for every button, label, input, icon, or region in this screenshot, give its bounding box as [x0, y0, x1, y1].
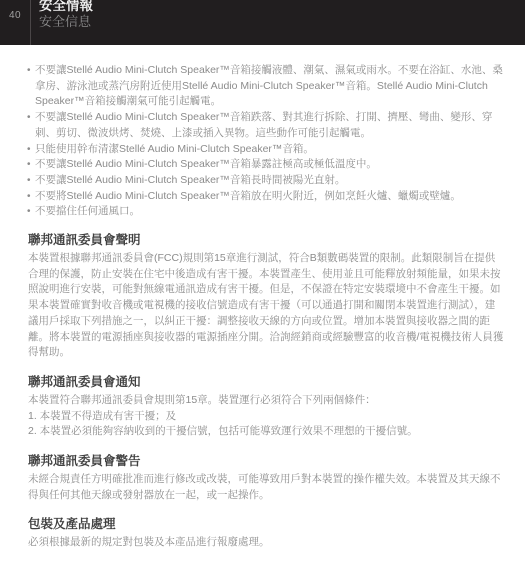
section-fcc-statement: 聯邦通訊委員會聲明 本裝置根據聯邦通訊委員會(FCC)規則第15章進行測試，符合… [28, 233, 505, 361]
safety-bullet-item: • 不要將Stellé Audio Mini-Clutch Speaker™音箱… [28, 189, 505, 205]
section-body: 本裝置根據聯邦通訊委員會(FCC)規則第15章進行測試，符合B類數碼裝置的限制。… [28, 251, 505, 361]
section-heading: 包裝及產品處理 [28, 517, 505, 532]
bullet-icon: • [27, 173, 31, 189]
bullet-icon: • [27, 157, 31, 173]
safety-bullet-text: 不要將Stellé Audio Mini-Clutch Speaker™音箱放在… [35, 190, 461, 202]
safety-bullet-text: 不要讓Stellé Audio Mini-Clutch Speaker™音箱暴露… [35, 158, 377, 170]
page-content: • 不要讓Stellé Audio Mini-Clutch Speaker™音箱… [0, 45, 525, 551]
page-title: 安全情報 [39, 0, 93, 14]
bullet-icon: • [27, 63, 31, 79]
section-fcc-notice: 聯邦通訊委員會通知 本裝置符合聯邦通訊委員會規則第15章。裝置運行必須符合下列兩… [28, 375, 505, 440]
bullet-icon: • [27, 110, 31, 126]
section-body: 必須根據最新的規定對包裝及本產品進行報廢處理。 [28, 535, 505, 551]
safety-bullet-text: 不要讓Stellé Audio Mini-Clutch Speaker™音箱接觸… [35, 64, 503, 107]
safety-bullet-text: 不要讓Stellé Audio Mini-Clutch Speaker™音箱跌落… [35, 111, 492, 139]
bullet-icon: • [27, 204, 31, 220]
safety-bullet-text: 不要擋住任何通風口。 [35, 205, 140, 217]
manual-page: 40 安全情報 安全信息 • 不要讓Stellé Audio Mini-Clut… [0, 0, 525, 586]
safety-bullet-item: • 不要讓Stellé Audio Mini-Clutch Speaker™音箱… [28, 173, 505, 189]
page-subtitle: 安全信息 [39, 14, 93, 29]
safety-bullet-text: 不要讓Stellé Audio Mini-Clutch Speaker™音箱長時… [35, 174, 345, 186]
page-number: 40 [0, 0, 31, 45]
bullet-icon: • [27, 142, 31, 158]
page-header: 40 安全情報 安全信息 [0, 0, 525, 45]
section-body: 本裝置符合聯邦通訊委員會規則第15章。裝置運行必須符合下列兩個條件： [28, 393, 505, 409]
section-disposal: 包裝及產品處理 必須根據最新的規定對包裝及本產品進行報廢處理。 [28, 517, 505, 551]
bullet-icon: • [27, 189, 31, 205]
safety-bullet-item: • 不要讓Stellé Audio Mini-Clutch Speaker™音箱… [28, 110, 505, 141]
notice-condition-1: 1. 本裝置不得造成有害干擾；及 [28, 409, 505, 425]
page-title-block: 安全情報 安全信息 [31, 0, 93, 29]
section-body: 未經合規責任方明確批准而進行修改或改裝，可能導致用戶對本裝置的操作權失效。本裝置… [28, 472, 505, 503]
safety-bullet-item: • 不要讓Stellé Audio Mini-Clutch Speaker™音箱… [28, 157, 505, 173]
safety-bullet-item: • 不要擋住任何通風口。 [28, 204, 505, 220]
safety-bullet-list: • 不要讓Stellé Audio Mini-Clutch Speaker™音箱… [28, 63, 505, 220]
notice-condition-2: 2. 本裝置必須能夠容納收到的干擾信號，包括可能導致運行效果不理想的干擾信號。 [28, 424, 505, 440]
section-heading: 聯邦通訊委員會警告 [28, 454, 505, 469]
safety-bullet-item: • 不要讓Stellé Audio Mini-Clutch Speaker™音箱… [28, 63, 505, 110]
section-heading: 聯邦通訊委員會通知 [28, 375, 505, 390]
section-fcc-warning: 聯邦通訊委員會警告 未經合規責任方明確批准而進行修改或改裝，可能導致用戶對本裝置… [28, 454, 505, 503]
safety-bullet-text: 只能使用幹布清潔Stellé Audio Mini-Clutch Speaker… [35, 143, 314, 155]
safety-bullet-item: • 只能使用幹布清潔Stellé Audio Mini-Clutch Speak… [28, 142, 505, 158]
section-heading: 聯邦通訊委員會聲明 [28, 233, 505, 248]
